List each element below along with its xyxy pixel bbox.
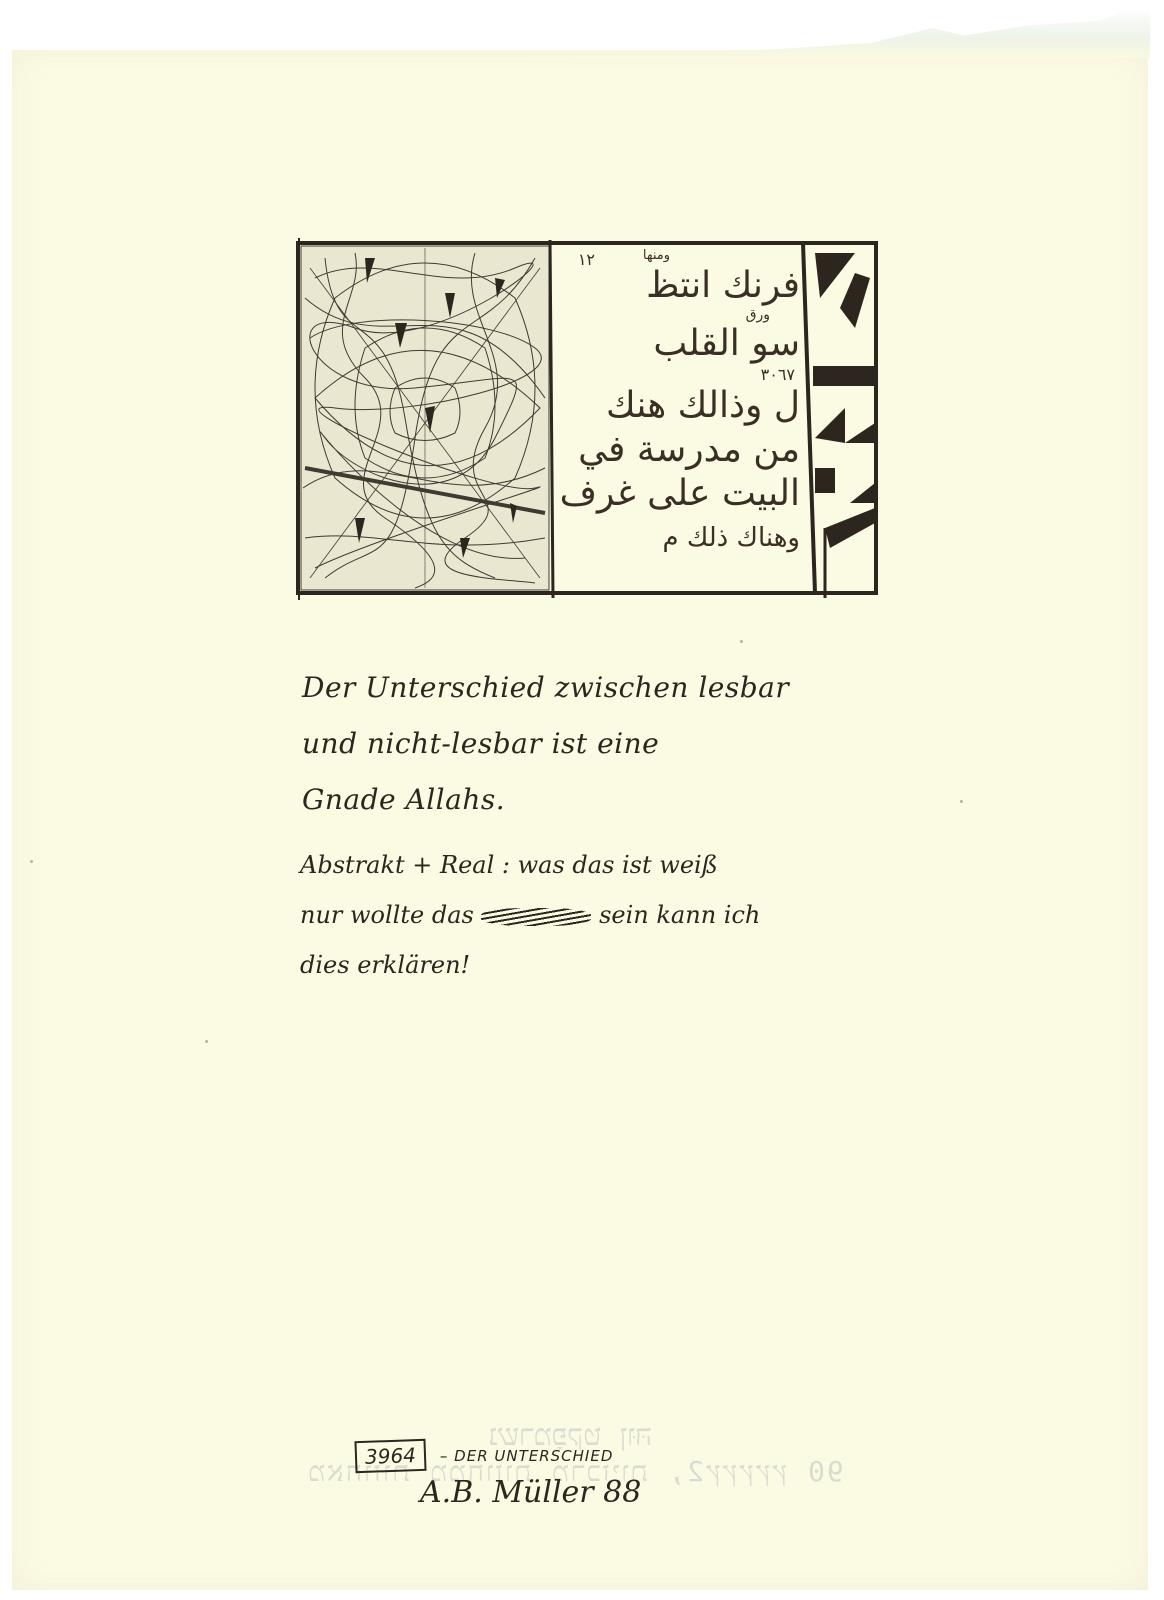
note-line-1: Der Unterschied zwischen lesbar (302, 660, 902, 716)
paper-speck (740, 640, 743, 643)
catalog-title: – DER UNTERSCHIED (440, 1447, 613, 1465)
paper-speck (960, 800, 963, 803)
arabic-line-6: البيت على غرف (560, 472, 800, 516)
note-line-2: und nicht-lesbar ist eine (302, 716, 902, 772)
paper-speck (205, 1040, 208, 1043)
arabic-line-1: فرنك انتظ (560, 264, 800, 308)
note2-line-2b: sein kann ich (599, 901, 760, 929)
catalog-entry: 3964 – DER UNTERSCHIED (355, 1440, 613, 1472)
arabic-line-7: وهناك ذلك م (560, 516, 800, 560)
note2-line-3: dies erklären! (300, 940, 900, 990)
geometric-panel (813, 253, 875, 598)
note2-line-2a: nur wollte das (300, 901, 474, 929)
arabic-line-4: ل وذالك هنك (560, 384, 800, 428)
arabic-top-word: ومنها (643, 248, 670, 263)
arabic-line-5: من مدرسة في (560, 428, 800, 472)
catalog-number-box: 3964 (354, 1439, 426, 1473)
arabic-line-3: سو القلب (560, 322, 800, 366)
note2-line-2: nur wollte das sein kann ich (300, 890, 900, 940)
note-line-3: Gnade Allahs. (302, 772, 902, 828)
crossed-out-word (481, 908, 591, 926)
handwritten-note-second: Abstrakt + Real : was das ist weiß nur w… (300, 840, 900, 990)
handwritten-note: Der Unterschied zwischen lesbar und nich… (302, 660, 902, 828)
arabic-line-2: ورق (560, 308, 770, 322)
paper-speck (30, 860, 33, 863)
artist-signature: A.B. Müller 88 (420, 1475, 641, 1510)
arabic-numeral: ٣٠٦٧ (560, 366, 795, 384)
note2-line-1: Abstrakt + Real : was das ist weiß (300, 840, 900, 890)
arabic-text-block: ١٢ ومنها فرنك انتظ ورق سو القلب ٣٠٦٧ ل و… (555, 250, 800, 590)
scribble-panel (301, 246, 549, 590)
